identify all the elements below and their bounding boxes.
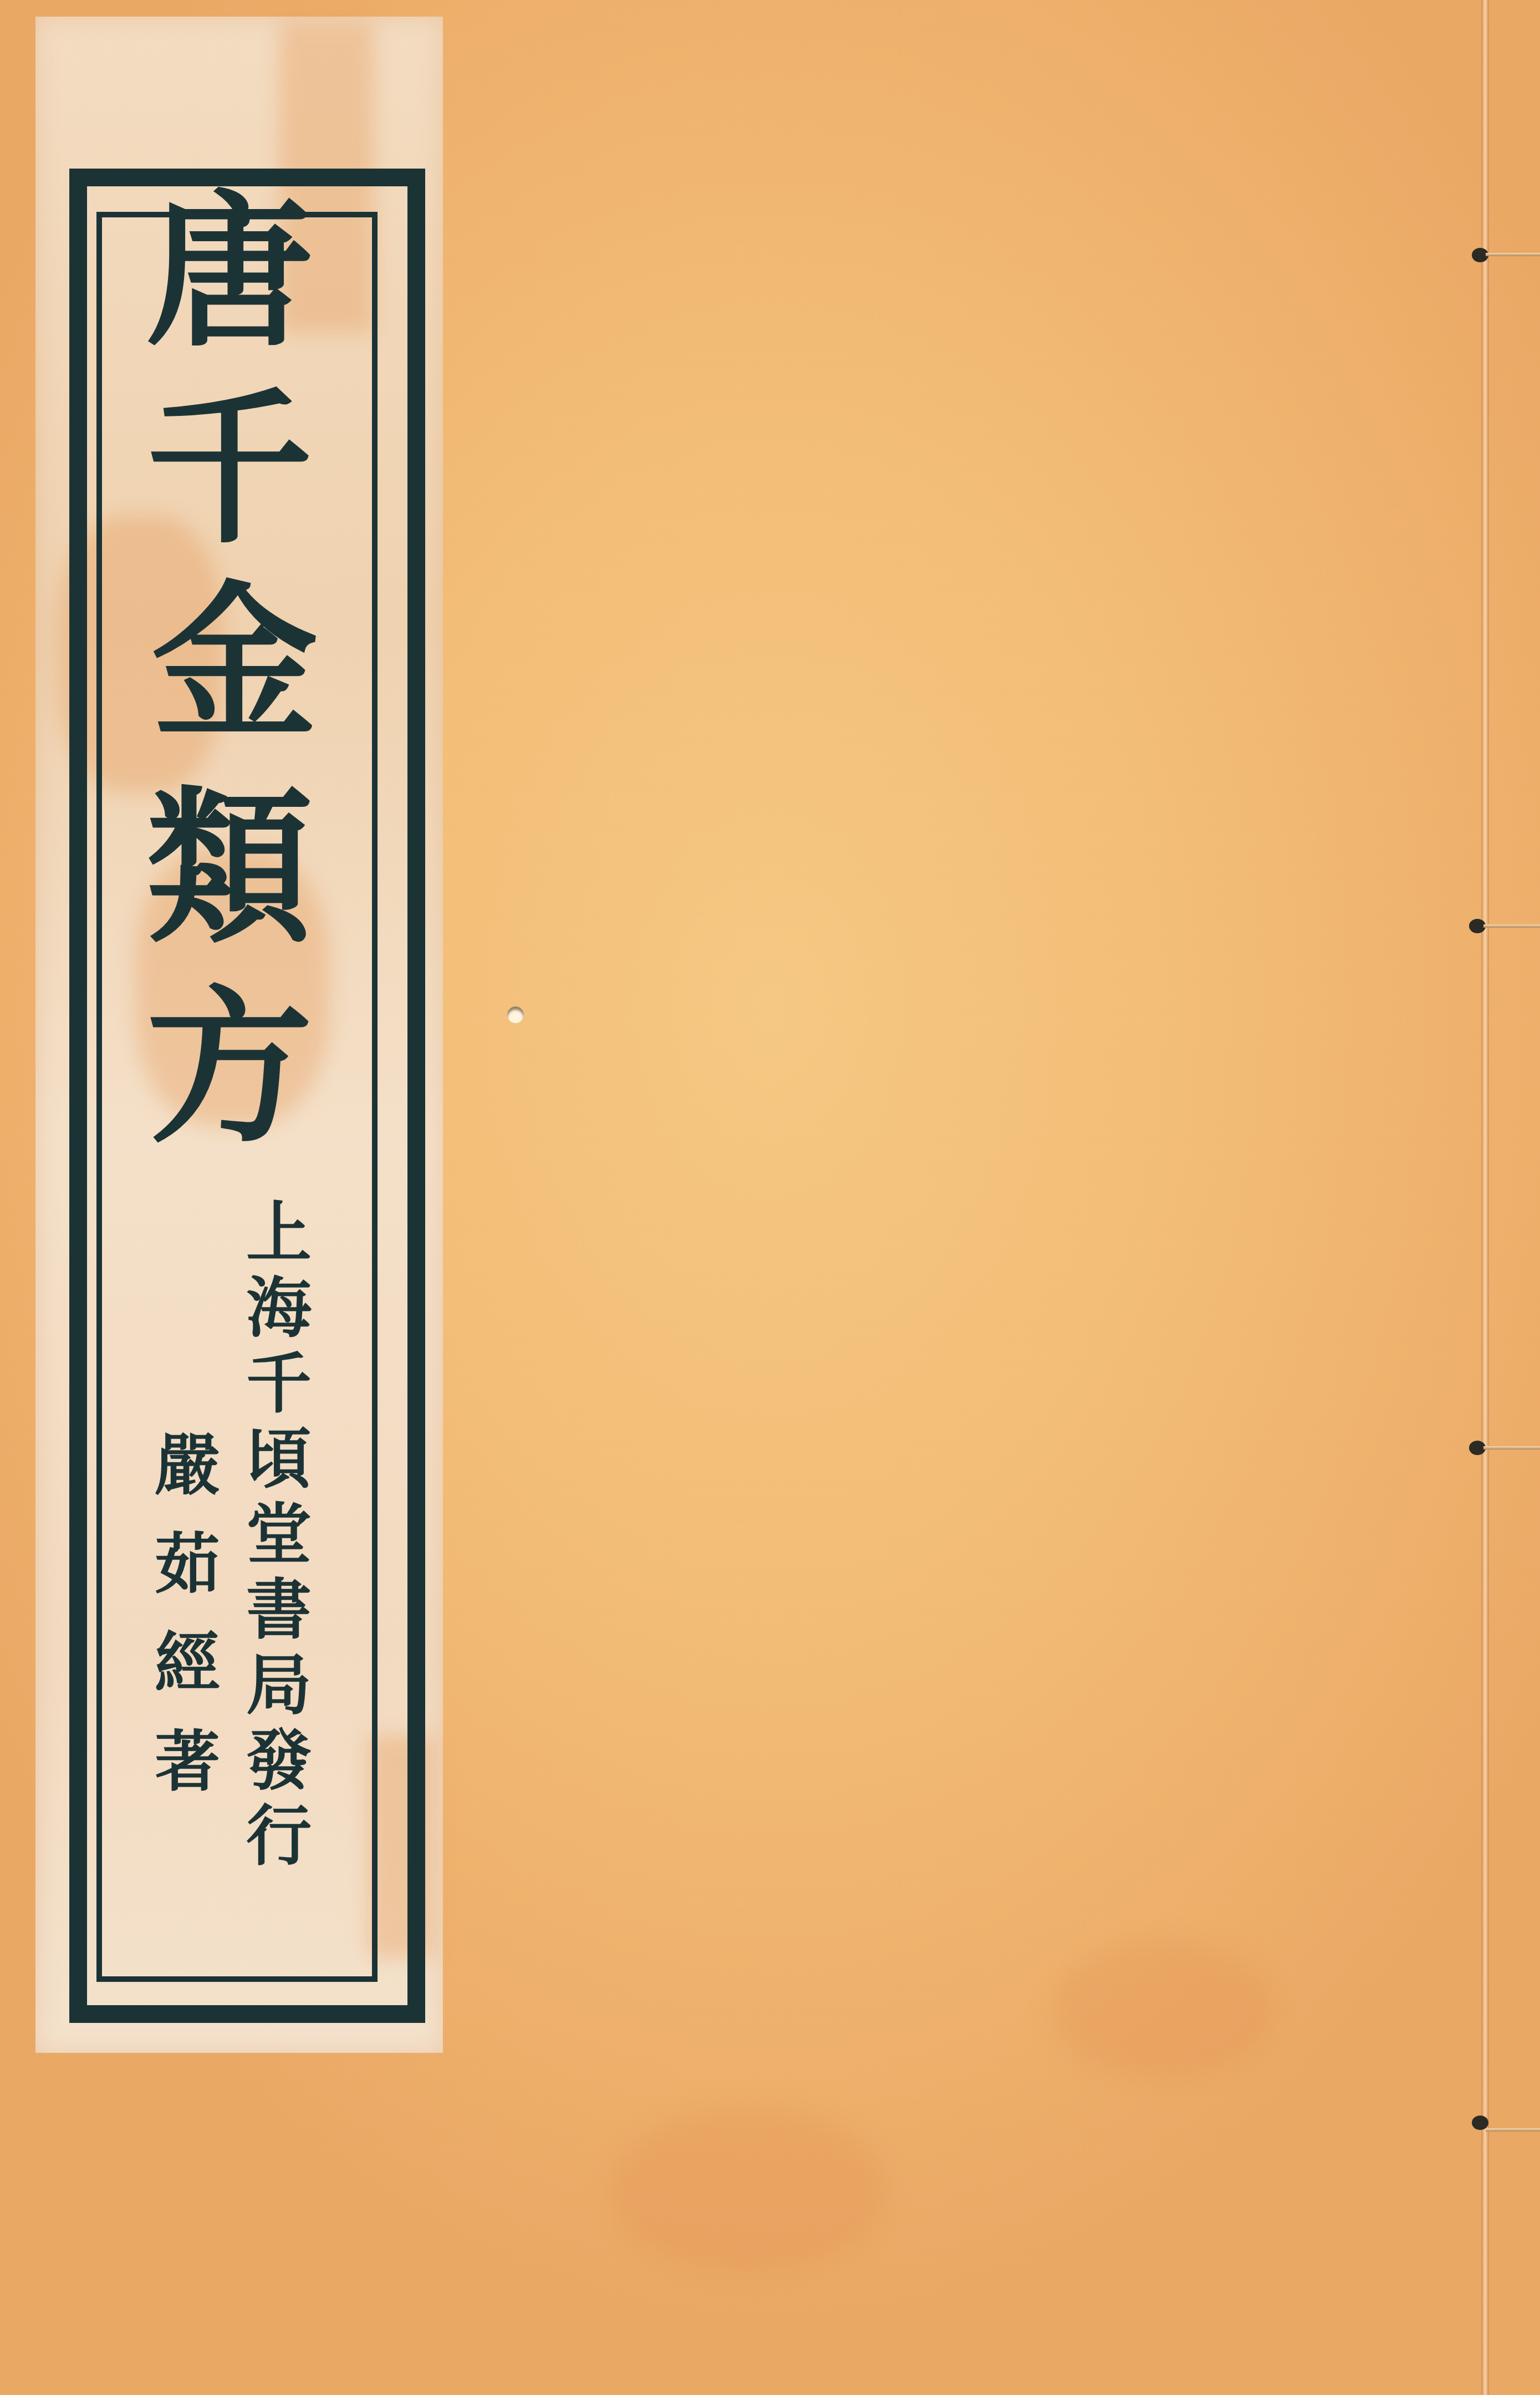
binding-spine-line: [1481, 0, 1489, 2395]
binding-thread: [1486, 253, 1540, 256]
author-text: 嚴茹經著: [149, 1431, 215, 1826]
paper-stain: [1053, 1941, 1275, 2079]
publisher-text: 上海千頃堂書局發行: [241, 1198, 306, 1877]
title-char: 類: [130, 785, 329, 951]
paper-stain: [610, 2107, 887, 2274]
binding-thread: [1483, 1446, 1540, 1450]
title-char: 方: [130, 984, 329, 1151]
title-char: 千: [130, 385, 329, 552]
worm-hole: [507, 1006, 524, 1023]
binding-thread: [1483, 924, 1540, 928]
binding-thread: [1486, 2128, 1540, 2132]
title-char: 唐: [130, 189, 329, 355]
title-char: 金: [135, 579, 335, 746]
title-label: 唐 千 金 類 方 上海千頃堂書局發行 嚴茹經著: [35, 17, 443, 2053]
book-cover: 唐 千 金 類 方 上海千頃堂書局發行 嚴茹經著: [0, 0, 1540, 2395]
